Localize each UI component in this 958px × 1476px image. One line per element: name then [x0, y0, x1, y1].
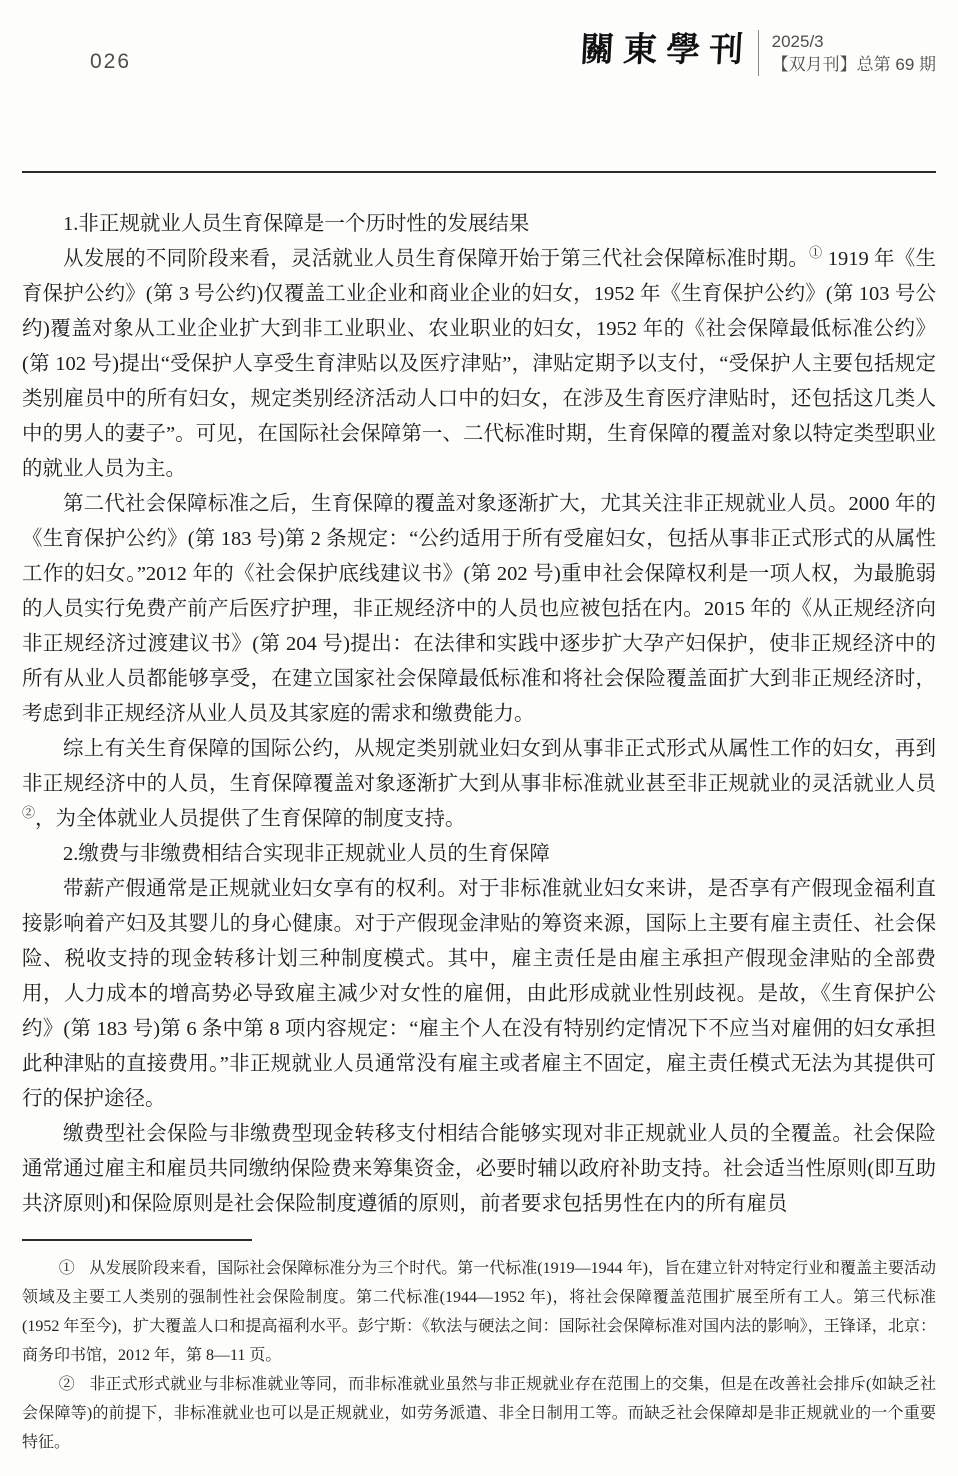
header-rule: [22, 171, 936, 173]
footnote-marker: ①: [59, 1260, 75, 1277]
footnote-ref: ①: [809, 245, 822, 260]
body-paragraph: 带薪产假通常是正规就业妇女享有的权利。对于非标准就业妇女来讲，是否享有产假现金福…: [22, 872, 936, 1117]
masthead-divider: [758, 30, 759, 76]
article-body: 1.非正规就业人员生育保障是一个历时性的发展结果从发展的不同阶段来看，灵活就业人…: [22, 207, 936, 1222]
journal-masthead: 關東學刊 2025/3 【双月刊】总第 69 期: [580, 30, 936, 76]
section-heading: 2.缴费与非缴费相结合实现非正规就业人员的生育保障: [22, 837, 936, 872]
journal-page: 026 關東學刊 2025/3 【双月刊】总第 69 期 1.非正规就业人员生育…: [0, 0, 958, 1476]
paragraph-text: 第二代社会保障标准之后，生育保障的覆盖对象逐渐扩大，尤其关注非正规就业人员。20…: [22, 493, 936, 725]
section-heading: 1.非正规就业人员生育保障是一个历时性的发展结果: [22, 207, 936, 242]
footnote-marker: ②: [59, 1376, 75, 1393]
issue-info: 2025/3 【双月刊】总第 69 期: [772, 30, 936, 76]
issue-number: 2025/3: [772, 30, 936, 53]
body-paragraph: 缴费型社会保险与非缴费型现金转移支付相结合能够实现对非正规就业人员的全覆盖。社会…: [22, 1117, 936, 1222]
page-number: 026: [90, 50, 131, 76]
paragraph-text: 从发展的不同阶段来看，灵活就业人员生育保障开始于第三代社会保障标准时期。: [63, 248, 809, 270]
footnote-ref: ②: [22, 805, 35, 820]
footnote-text: 非正式形式就业与非标准就业等同，而非标准就业虽然与非正规就业存在范围上的交集，但…: [22, 1376, 936, 1451]
paragraph-text: ，为全体就业人员提供了生育保障的制度支持。: [35, 808, 466, 830]
footnote-list: ①从发展阶段来看，国际社会保障标准分为三个时代。第一代标准(1919—1944 …: [22, 1254, 936, 1457]
paragraph-text: 1919 年《生育保护公约》(第 3 号公约)仅覆盖工业企业和商业企业的妇女，1…: [22, 248, 936, 480]
journal-title: 關東學刊: [579, 34, 753, 72]
footnote-item: ②非正式形式就业与非标准就业等同，而非标准就业虽然与非正规就业存在范围上的交集，…: [22, 1370, 936, 1457]
issue-detail: 【双月刊】总第 69 期: [772, 53, 936, 76]
paragraph-text: 带薪产假通常是正规就业妇女享有的权利。对于非标准就业妇女来讲，是否享有产假现金福…: [22, 878, 936, 1110]
body-paragraph: 第二代社会保障标准之后，生育保障的覆盖对象逐渐扩大，尤其关注非正规就业人员。20…: [22, 487, 936, 732]
body-paragraph: 从发展的不同阶段来看，灵活就业人员生育保障开始于第三代社会保障标准时期。① 19…: [22, 242, 936, 487]
body-paragraph: 综上有关生育保障的国际公约，从规定类别就业妇女到从事非正式形式从属性工作的妇女，…: [22, 732, 936, 837]
footnote-separator: [22, 1239, 252, 1241]
paragraph-text: 综上有关生育保障的国际公约，从规定类别就业妇女到从事非正式形式从属性工作的妇女，…: [22, 738, 936, 795]
paragraph-text: 缴费型社会保险与非缴费型现金转移支付相结合能够实现对非正规就业人员的全覆盖。社会…: [22, 1123, 936, 1215]
paragraph-text: 2.缴费与非缴费相结合实现非正规就业人员的生育保障: [63, 843, 550, 865]
paragraph-text: 1.非正规就业人员生育保障是一个历时性的发展结果: [63, 213, 529, 235]
footnote-item: ①从发展阶段来看，国际社会保障标准分为三个时代。第一代标准(1919—1944 …: [22, 1254, 936, 1370]
page-header: 026 關東學刊 2025/3 【双月刊】总第 69 期: [0, 0, 958, 76]
footnote-text: 从发展阶段来看，国际社会保障标准分为三个时代。第一代标准(1919—1944 年…: [22, 1260, 936, 1364]
